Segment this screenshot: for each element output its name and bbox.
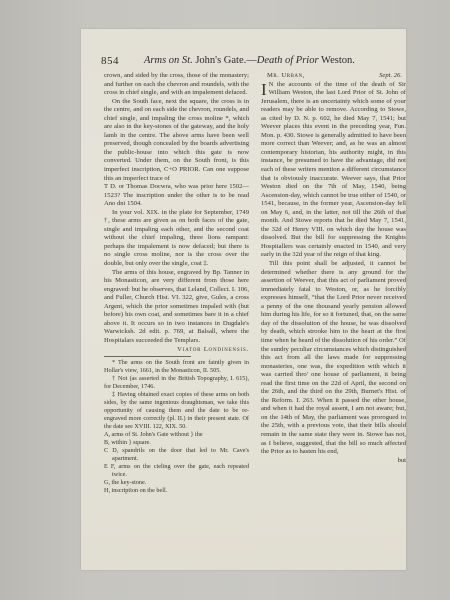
- legend-item: A, arms of St. John's Gate without } the: [104, 431, 249, 439]
- title-italic-1: Arms on St.: [144, 55, 193, 66]
- page-number: 854: [101, 55, 119, 67]
- footnote: * The arms on the South front are faintl…: [104, 359, 249, 375]
- footnotes: * The arms on the South front are faintl…: [104, 359, 249, 495]
- paragraph: Till this point shall be adjusted, it ca…: [261, 260, 406, 457]
- paragraph: T D. or Thomas Docwra, who was prior her…: [104, 183, 249, 209]
- legend-item: E F, arms on the cieling over the gate, …: [104, 463, 249, 479]
- legend-item: H, inscription on the bell.: [104, 487, 249, 495]
- plate-legend: A, arms of St. John's Gate without } the…: [104, 431, 249, 495]
- paragraph: The arms of this house, engraved by Bp. …: [104, 269, 249, 346]
- signature: Viator Londinensis.: [104, 346, 249, 355]
- footnote-rule: [104, 356, 191, 357]
- running-title: Arms on St. John's Gate.—Death of Prior …: [144, 55, 355, 66]
- book-page: 854 Arms on St. John's Gate.—Death of Pr…: [81, 29, 406, 570]
- title-italic-2: Death of Prior: [257, 55, 319, 66]
- legend-item: B, within } square.: [104, 439, 249, 447]
- letter-heading: Mr. Urban, Sept. 26.: [261, 72, 406, 81]
- letter-date: Sept. 26.: [379, 72, 406, 81]
- right-column: Mr. Urban, Sept. 26. IN the accounts of …: [261, 72, 406, 465]
- running-header: 854 Arms on St. John's Gate.—Death of Pr…: [101, 55, 401, 67]
- footnote: † Not (as asserted in the British Topogr…: [104, 375, 249, 391]
- paragraph: On the South face, next the square, the …: [104, 98, 249, 183]
- title-roman-1: John's Gate.—: [193, 55, 257, 66]
- legend-item: G, the key-stone.: [104, 479, 249, 487]
- paragraph: In your vol. XIX. in the plate for Septe…: [104, 209, 249, 269]
- paragraph: crown, and sided by the cross, those of …: [104, 72, 249, 98]
- paragraph: IN the accounts of the time of the death…: [261, 81, 406, 260]
- footnote: ‡ Having obtained exact copies of these …: [104, 391, 249, 431]
- left-column: crown, and sided by the cross, those of …: [104, 72, 249, 495]
- drop-cap: I: [261, 82, 267, 97]
- legend-item: C D, spandrils on the door that led to M…: [104, 447, 249, 463]
- catchword: but: [261, 457, 406, 466]
- paragraph-text: N the accounts of the time of the death …: [261, 81, 406, 259]
- title-roman-2: Weston.: [319, 55, 355, 66]
- salutation: Mr. Urban,: [261, 72, 305, 81]
